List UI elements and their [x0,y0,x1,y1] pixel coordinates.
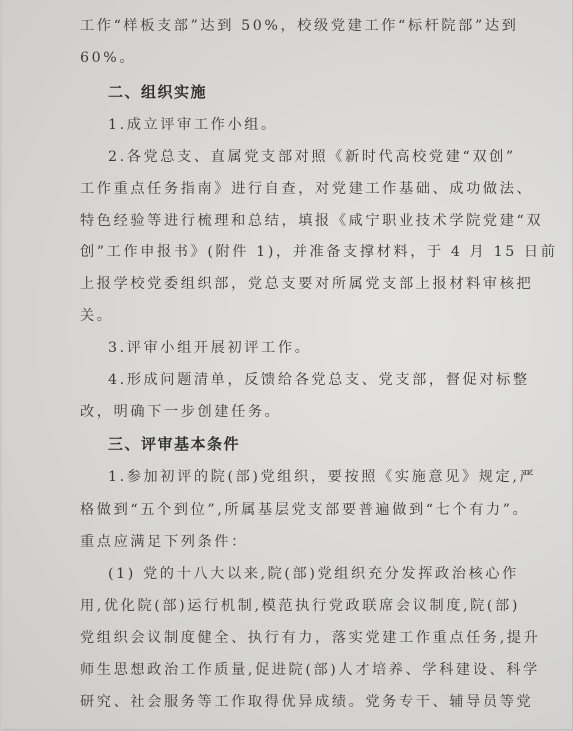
body-line: 用,优化院(部)运行机制,模范执行党政联席会议制度,院(部) [80,596,510,616]
body-line: 工作重点任务指南》进行自查，对党建工作基础、成功做法、 [80,179,510,199]
body-line: 关。 [80,306,510,326]
body-line: 格做到“五个到位”,所属基层党支部要普遍做到“七个有力”。 [80,500,510,520]
list-item: 3.评审小组开展初评工作。 [108,338,538,358]
body-line: 党组织会议制度健全、执行有力，落实党建工作重点任务,提升 [80,628,510,648]
body-line: 创”工作申报书》(附件 1)，并准备支撑材料，于 4 月 15 日前 [80,242,510,262]
body-line: 上报学校党委组织部，党总支要对所属党支部上报材料审核把 [80,274,510,294]
document-page: 工作“样板支部”达到 50%，校级党建工作“标杆院部”达到 60%。 二、组织实… [2,0,573,730]
body-line: 工作“样板支部”达到 50%，校级党建工作“标杆院部”达到 [80,16,510,36]
list-item: 4.形成问题清单，反馈给各党总支、党支部，督促对标整 [108,370,538,390]
body-line: 改，明确下一步创建任务。 [80,402,510,422]
section-heading-organization: 二、组织实施 [108,82,207,102]
list-item: 1.参加初评的院(部)党组织，要按照《实施意见》规定,严 [108,467,538,487]
body-line: 师生思想政治工作质量,促进院(部)人才培养、学科建设、科学 [80,660,510,680]
sub-list-item: (1) 党的十八大以来,院(部)党组织充分发挥政治核心作 [108,564,538,584]
section-heading-criteria: 三、评审基本条件 [108,434,240,454]
body-line: 60%。 [80,48,510,68]
list-item: 2.各党总支、直属党支部对照《新时代高校党建“双创” [108,147,538,167]
body-line: 重点应满足下列条件： [80,532,510,552]
body-line: 研究、社会服务等工作取得优异成绩。党务专干、辅导员等党 [80,692,510,712]
body-line: 特色经验等进行梳理和总结，填报《咸宁职业技术学院党建“双 [80,211,510,231]
list-item: 1.成立评审工作小组。 [108,115,538,135]
